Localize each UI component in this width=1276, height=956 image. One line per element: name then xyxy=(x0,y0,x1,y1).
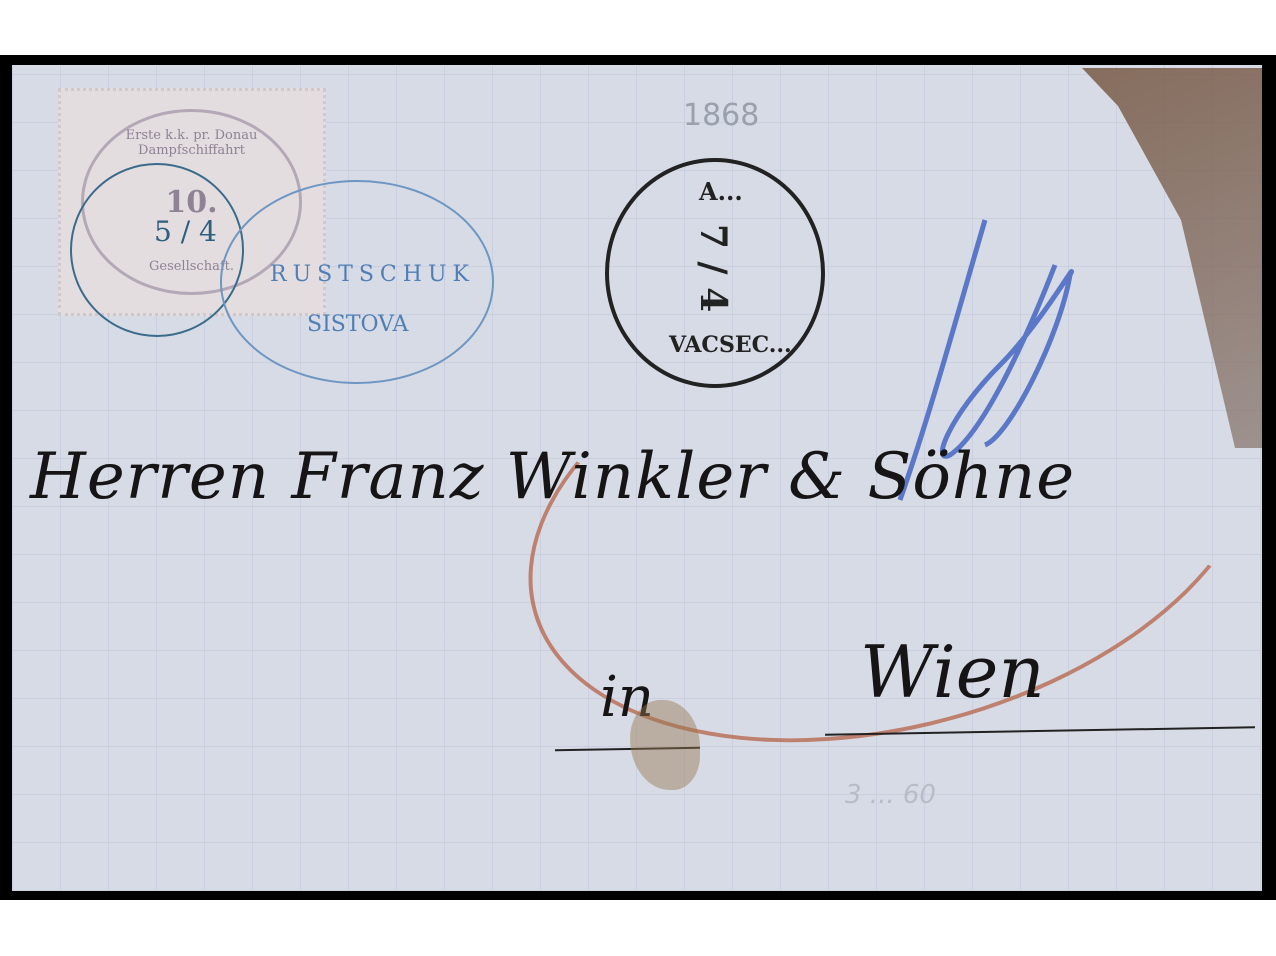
postmark-date: 7 / 4 xyxy=(692,224,734,312)
blue-oval-postmark: RUSTSCHUK SISTOVA xyxy=(220,180,494,384)
year-annotation: 1868 xyxy=(683,98,759,133)
postmark-top-text: A... xyxy=(699,177,743,206)
blue-oval-line2: SISTOVA xyxy=(307,312,408,337)
blue-circular-cancel: 5 / 4 xyxy=(70,163,244,337)
cancel-numbers: 5 / 4 xyxy=(154,215,217,248)
address-line-recipient: Herren Franz Winkler & Söhne xyxy=(30,440,1075,514)
stamp-top-text: Erste k.k. pr. Donau Dampfschiffahrt xyxy=(84,128,299,158)
pencil-annotation: 3 ... 60 xyxy=(845,780,936,810)
blue-oval-line1: RUSTSCHUK xyxy=(270,262,475,287)
address-city: Wien xyxy=(860,630,1045,714)
